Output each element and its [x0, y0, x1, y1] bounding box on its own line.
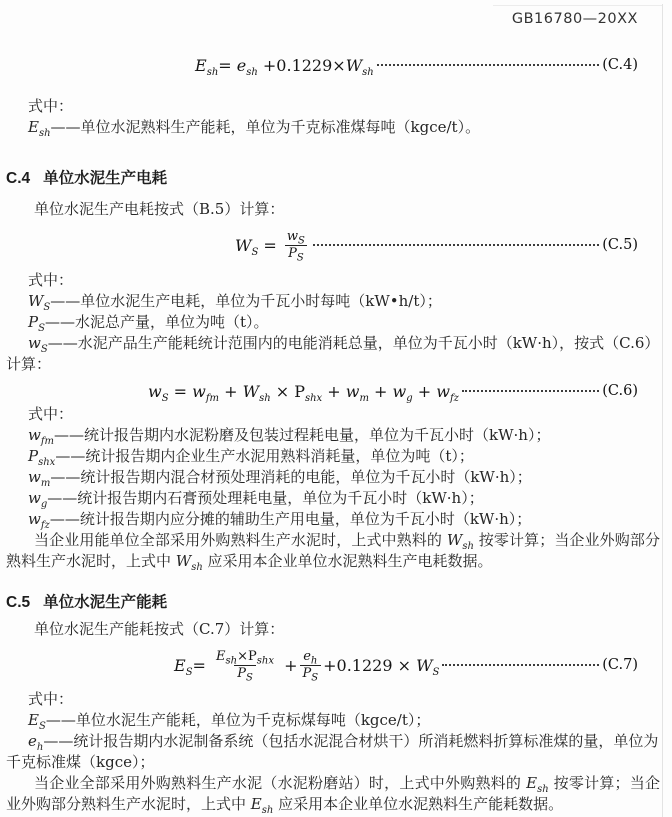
- fraction: ehPS: [300, 649, 322, 681]
- equation-number: (C.7): [602, 655, 638, 676]
- dotted-leader: [442, 664, 599, 666]
- definition-esh: Esh——单位水泥熟料生产能耗，单位为千克标准煤每吨（kgce/t）。: [6, 117, 660, 138]
- definition-ws: WS——单位水泥生产电耗，单位为千瓦小时每吨（kW•h/t）；: [6, 291, 660, 312]
- where-label: 式中：: [6, 689, 660, 710]
- equation-number: (C.5): [602, 235, 638, 256]
- definition-ws-lower: wS——水泥产品生产能耗统计范围内的电能消耗总量，单位为千瓦小时（kW·h），按…: [6, 333, 660, 375]
- intro-c4: 单位水泥生产电耗按式（B.5）计算：: [6, 199, 660, 220]
- where-label: 式中：: [6, 404, 660, 425]
- document-body: Esh= esh +0.1229×Wsh (C.4) 式中： Esh——单位水泥…: [0, 52, 672, 815]
- note-purchased-clinker-electricity: 当企业用能单位全部采用外购熟料生产水泥时，上式中熟料的 Wsh 按零计算；当企业…: [6, 530, 660, 572]
- dotted-leader: [313, 244, 599, 246]
- definition-ps: PS——水泥总产量，单位为吨（t）。: [6, 312, 660, 333]
- note-purchased-clinker-energy: 当企业全部采用外购熟料生产水泥（水泥粉磨站）时，上式中外购熟料的 Esh 按零计…: [6, 773, 660, 815]
- definition-wfz: wfz——统计报告期内应分摊的辅助生产用电量，单位为千瓦小时（kW·h）；: [6, 509, 660, 530]
- formula-c7: ES= Esh×PshxPS +ehPS+0.1229 × WS (C.7): [6, 643, 660, 687]
- dotted-leader: [462, 390, 599, 392]
- where-label: 式中：: [6, 270, 660, 291]
- doc-number: GB16780—20XX: [0, 0, 672, 30]
- definition-pshx: Pshx——统计报告期内企业生产水泥用熟料消耗量，单位为吨（t）；: [6, 446, 660, 467]
- formula-c5: WS = wSPS (C.5): [6, 224, 660, 266]
- definition-wfm: wfm——统计报告期内水泥粉磨及包装过程耗电量，单位为千瓦小时（kW·h）；: [6, 425, 660, 446]
- equation-number: (C.6): [602, 381, 638, 402]
- formula-c6: wS = wfm + Wsh × Pshx + wm + wg + wfz (C…: [6, 378, 660, 404]
- math-var: Esh: [195, 55, 218, 76]
- math-var: Wsh: [346, 55, 374, 76]
- doc-number-text: GB16780—20XX: [512, 11, 638, 27]
- document-page: GB16780—20XX Esh= esh +0.1229×Wsh (C.4) …: [0, 0, 672, 817]
- formula-c4: Esh= esh +0.1229×Wsh (C.4): [6, 52, 660, 78]
- where-label: 式中：: [6, 96, 660, 117]
- definition-wg: wg——统计报告期内石膏预处理耗电量，单位为千瓦小时（kW·h）；: [6, 488, 660, 509]
- intro-c5: 单位水泥生产能耗按式（C.7）计算：: [6, 619, 660, 640]
- definition-wm: wm——统计报告期内混合材预处理消耗的电能，单位为千瓦小时（kW·h）；: [6, 467, 660, 488]
- fraction: Esh×PshxPS: [213, 649, 277, 681]
- fraction: wSPS: [284, 229, 308, 261]
- section-heading-c4: C.4单位水泥生产电耗: [6, 168, 660, 189]
- definition-es: ES——单位水泥生产能耗，单位为千克标煤每吨（kgce/t）；: [6, 710, 660, 731]
- equation-number: (C.4): [602, 55, 638, 76]
- math-var: WS: [235, 235, 258, 256]
- section-heading-c5: C.5单位水泥生产能耗: [6, 592, 660, 613]
- definition-eh: eh——统计报告期内水泥制备系统（包括水泥混合材烘干）所消耗燃料折算标准煤的量，…: [6, 731, 660, 773]
- math-var: esh: [237, 55, 258, 76]
- math-symbol: Esh: [28, 118, 51, 136]
- dotted-leader: [377, 64, 600, 66]
